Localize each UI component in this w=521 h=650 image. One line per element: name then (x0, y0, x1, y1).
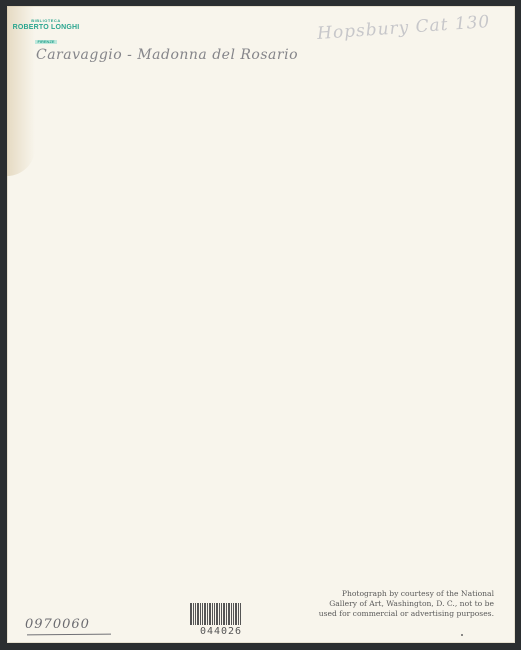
catalog-reference-handwriting: Hopsbury Cat 130 (317, 12, 491, 44)
barcode-bar (233, 603, 234, 625)
barcode-bar (231, 603, 232, 625)
stamp-line-1: BIBLIOTECA (11, 19, 81, 23)
photo-card-back: BIBLIOTECA ROBERTO LONGHI FIRENZE Hopsbu… (7, 6, 515, 643)
barcode-number: 044026 (190, 626, 252, 637)
ink-dot (461, 634, 463, 636)
inventory-underline (27, 634, 111, 636)
library-stamp: BIBLIOTECA ROBERTO LONGHI FIRENZE (11, 19, 81, 47)
barcode-bar (209, 603, 211, 625)
barcode-bar (207, 603, 208, 625)
barcode-bar (235, 603, 237, 625)
barcode-bars (190, 603, 252, 625)
barcode-bar (202, 603, 203, 625)
photo-credit-stamp: Photograph by courtesy of the NationalGa… (301, 589, 494, 619)
barcode-bar (238, 603, 239, 625)
barcode-label: 044026 (190, 603, 252, 637)
barcode-bar (219, 603, 220, 625)
barcode-bar (204, 603, 206, 625)
barcode-bar (195, 603, 196, 625)
barcode-bar (221, 603, 222, 625)
artwork-title-handwriting: Caravaggio - Madonna del Rosario (36, 47, 298, 63)
inventory-number-handwriting: 0970060 (25, 617, 90, 632)
barcode-bar (228, 603, 230, 625)
barcode-bar (193, 603, 194, 625)
barcode-bar (190, 603, 192, 625)
credit-line: Gallery of Art, Washington, D. C., not t… (301, 599, 494, 609)
stamp-line-2: ROBERTO LONGHI (11, 24, 81, 31)
credit-line: Photograph by courtesy of the National (301, 589, 494, 599)
stamp-line-3: FIRENZE (35, 40, 56, 44)
barcode-bar (212, 603, 213, 625)
barcode-bar (200, 603, 201, 625)
credit-line: used for commercial or advertising purpo… (301, 609, 494, 619)
barcode-bar (197, 603, 199, 625)
barcode-bar (223, 603, 225, 625)
barcode-bar (216, 603, 218, 625)
barcode-bar (226, 603, 227, 625)
barcode-bar (214, 603, 215, 625)
barcode-bar (240, 603, 241, 625)
